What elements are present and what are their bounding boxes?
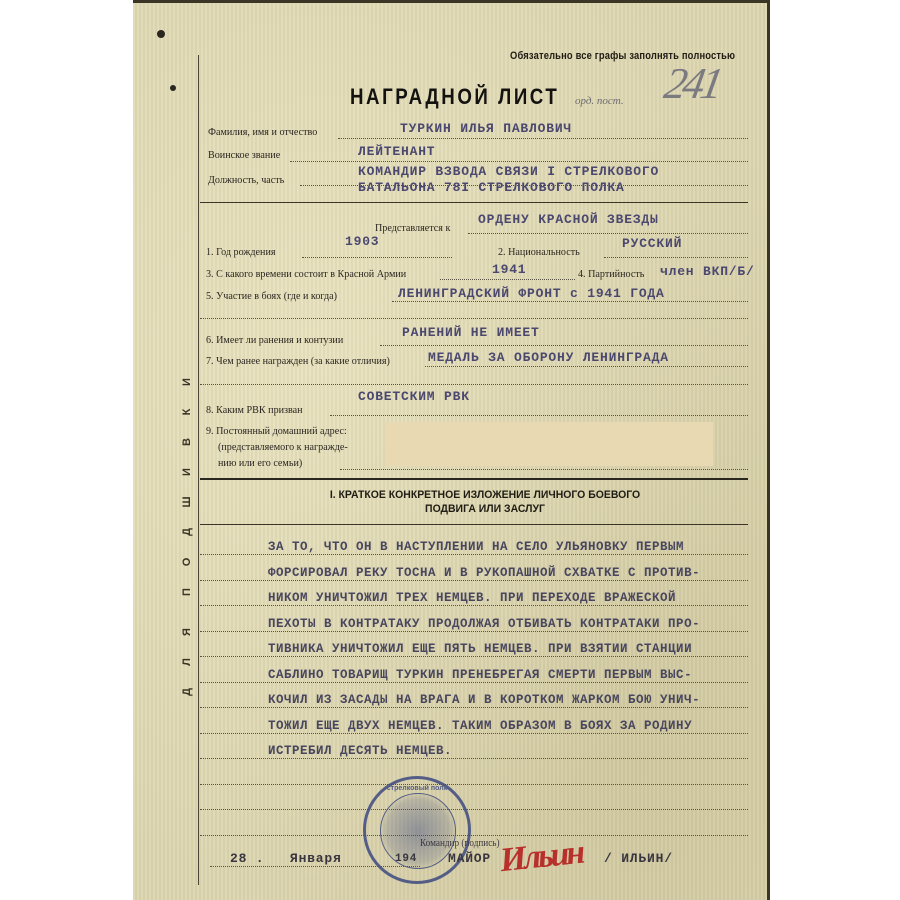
pencil-note: орд. пост. <box>575 95 624 107</box>
section-title-line2: ПОДВИГА ИЛИ ЗАСЛУГ <box>214 502 756 516</box>
ruled-line <box>200 580 748 581</box>
narrative-line: КОЧИЛ ИЗ ЗАСАДЫ НА ВРАГА И В КОРОТКОМ ЖА… <box>268 693 700 707</box>
prior-awards-value: МЕДАЛЬ ЗА ОБОРОНУ ЛЕНИНГРАДА <box>428 350 669 365</box>
ruled-line <box>200 758 748 759</box>
prior-awards-label: 7. Чем ранее награжден (за какие отличия… <box>206 355 390 367</box>
commander-label: Командир (подпись) <box>420 838 500 849</box>
battles-label: 5. Участие в боях (где и когда) <box>206 290 337 302</box>
stamp-emblem <box>380 793 456 869</box>
date-year: 194 <box>395 853 417 865</box>
narrative-line: ПЕХОТЫ В КОНТРАТАКУ ПРОДОЛЖАЯ ОТБИВАТЬ К… <box>268 617 700 631</box>
rvk-value: СОВЕТСКИМ РВК <box>358 389 470 404</box>
divider <box>200 318 748 319</box>
rank-line <box>290 161 748 162</box>
binding-margin-letter: Ш <box>181 495 193 509</box>
stamp-text: стрелковый полк <box>366 785 468 792</box>
ruled-line <box>200 631 748 632</box>
address-line <box>340 469 748 470</box>
party-value: член ВКП/Б/ <box>660 264 755 279</box>
army-since-line <box>440 279 575 280</box>
narrative-line: НИКОМ УНИЧТОЖИЛ ТРЕХ НЕМЦЕВ. ПРИ ПЕРЕХОД… <box>268 591 676 605</box>
section-divider <box>200 524 748 525</box>
rank-label: Воинское звание <box>208 149 280 161</box>
party-label: 4. Партийность <box>578 268 644 280</box>
binding-margin-letter: Д <box>181 685 193 699</box>
position-label: Должность, часть <box>208 174 284 186</box>
army-since-value: 1941 <box>492 262 526 277</box>
narrative-line: ИСТРЕБИЛ ДЕСЯТЬ НЕМЦЕВ. <box>268 744 452 758</box>
date-day: 28 . <box>230 851 264 866</box>
position-value-line1: КОМАНДИР ВЗВОДА СВЯЗИ I СТРЕЛКОВОГО <box>358 164 659 179</box>
ruled-line <box>200 835 748 836</box>
award-line <box>468 233 748 234</box>
binding-margin-letter: Д <box>181 525 193 539</box>
rank-value: ЛЕЙТЕНАНТ <box>358 144 435 159</box>
birth-year-line <box>302 257 452 258</box>
battles-value: ЛЕНИНГРАДСКИЙ ФРОНТ с 1941 ГОДА <box>398 286 665 301</box>
binding-margin-letter: П <box>181 585 193 599</box>
punch-hole <box>170 85 176 91</box>
full-name-line <box>338 138 748 139</box>
address-label-line1: 9. Постоянный домашний адрес: <box>206 425 347 437</box>
address-label-line2: (представляемого к награжде- <box>218 441 348 453</box>
narrative-line: ЗА ТО, ЧТО ОН В НАСТУПЛЕНИИ НА СЕЛО УЛЬЯ… <box>268 540 684 554</box>
narrative-line: ФОРСИРОВАЛ РЕКУ ТОСНА И В РУКОПАШНОЙ СХВ… <box>268 566 700 580</box>
binding-margin-letter: В <box>181 435 193 449</box>
address-redacted <box>385 422 713 466</box>
wounds-label: 6. Имеет ли ранения и контузии <box>206 334 343 346</box>
section-title-line1: I. КРАТКОЕ КОНКРЕТНОЕ ИЗЛОЖЕНИЕ ЛИЧНОГО … <box>214 488 756 502</box>
date-month: Января <box>290 851 342 866</box>
award-value: ОРДЕНУ КРАСНОЙ ЗВЕЗДЫ <box>478 212 659 227</box>
ruled-line <box>200 809 748 810</box>
binding-margin-letter: О <box>181 555 193 569</box>
ruled-line <box>200 682 748 683</box>
nationality-label: 2. Национальность <box>498 246 580 258</box>
binding-margin-letter: Я <box>181 625 193 639</box>
date-line <box>210 866 420 867</box>
binding-margin-text: ДЛЯПОДШИВКИ <box>180 300 194 700</box>
address-label-line3: нию или его семьи) <box>218 457 302 469</box>
army-since-label: 3. С какого времени состоит в Красной Ар… <box>206 268 406 280</box>
full-name-value: ТУРКИН ИЛЬЯ ПАВЛОВИЧ <box>400 121 572 136</box>
divider <box>200 202 748 203</box>
binding-margin-letter: Л <box>181 655 193 669</box>
binding-margin-line <box>198 55 199 885</box>
binding-margin-letter: И <box>181 375 193 389</box>
wounds-line <box>380 345 748 346</box>
document-title: НАГРАДНОЙ ЛИСТ <box>350 84 559 110</box>
pencil-archive-number: 241 <box>661 58 724 109</box>
ruled-line <box>200 707 748 708</box>
narrative-line: ТОЖИЛ ЕЩЕ ДВУХ НЕМЦЕВ. ТАКИМ ОБРАЗОМ В Б… <box>268 719 692 733</box>
commander-name: / ИЛЬИН/ <box>604 851 673 866</box>
narrative-line: САБЛИНО ТОВАРИЩ ТУРКИН ПРЕНЕБРЕГАЯ СМЕРТ… <box>268 668 692 682</box>
commander-rank: МАЙОР <box>448 851 491 866</box>
position-value-line2: БАТАЛЬОНА 78I СТРЕЛКОВОГО ПОЛКА <box>358 180 625 195</box>
ruled-line <box>200 733 748 734</box>
full-name-label: Фамилия, имя и отчество <box>208 126 317 138</box>
wounds-value: РАНЕНИЙ НЕ ИМЕЕТ <box>402 325 540 340</box>
birth-year-label: 1. Год рождения <box>206 246 276 258</box>
ruled-line <box>200 784 748 785</box>
ruled-line <box>200 656 748 657</box>
rvk-label: 8. Каким РВК призван <box>206 404 303 416</box>
binding-margin-letter: И <box>181 465 193 479</box>
ruled-line <box>200 605 748 606</box>
battles-line <box>392 301 748 302</box>
nationality-value: РУССКИЙ <box>622 236 682 251</box>
regiment-stamp: стрелковый полк <box>363 776 471 884</box>
ruled-line <box>200 554 748 555</box>
section-divider <box>200 478 748 480</box>
rvk-line <box>330 415 748 416</box>
narrative-line: ТИВНИКА УНИЧТОЖИЛ ЕЩЕ ПЯТЬ НЕМЦЕВ. ПРИ В… <box>268 642 692 656</box>
punch-hole <box>157 30 165 38</box>
nationality-line <box>604 257 748 258</box>
prior-awards-line <box>425 366 748 367</box>
binding-margin-letter: К <box>181 405 193 419</box>
birth-year-value: 1903 <box>345 234 379 249</box>
award-label: Представляется к <box>375 222 450 234</box>
divider <box>200 384 748 385</box>
